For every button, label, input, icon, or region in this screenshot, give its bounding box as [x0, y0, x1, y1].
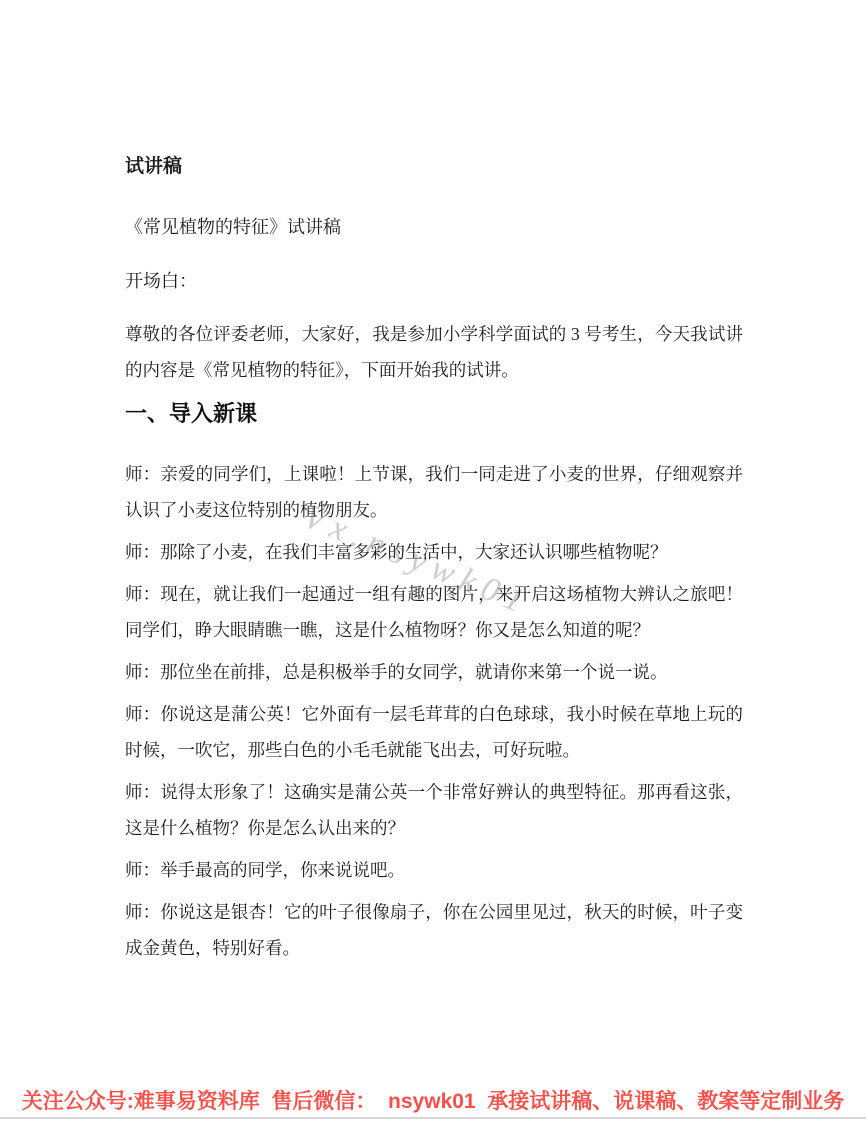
- document-content: 试讲稿 《常见植物的特征》试讲稿 开场白： 尊敬的各位评委老师，大家好，我是参加…: [125, 149, 743, 972]
- opening-label: 开场白：: [125, 263, 743, 299]
- teacher-line-1: 师：亲爱的同学们，上课啦！上节课，我们一同走进了小麦的世界，仔细观察并认识了小麦…: [125, 456, 743, 528]
- teacher-line-2: 师：那除了小麦，在我们丰富多彩的生活中，大家还认识哪些植物呢？: [125, 534, 743, 570]
- document-page: Vx.nsywk01 试讲稿 《常见植物的特征》试讲稿 开场白： 尊敬的各位评委…: [0, 0, 866, 1122]
- teacher-line-5: 师：你说这是蒲公英！它外面有一层毛茸茸的白色球球，我小时候在草地上玩的时候，一吹…: [125, 696, 743, 768]
- doc-title: 试讲稿: [125, 149, 743, 185]
- section-heading-lead-in: 一、导入新课: [125, 396, 743, 432]
- footer-divider-line: [0, 1117, 866, 1119]
- footer-banner: 关注公众号:难事易资料库 售后微信： nsywk01 承接试讲稿、说课稿、教案等…: [0, 1085, 866, 1115]
- teacher-line-6: 师：说得太形象了！这确实是蒲公英一个非常好辨认的典型特征。那再看这张，这是什么植…: [125, 774, 743, 846]
- doc-subtitle: 《常见植物的特征》试讲稿: [125, 209, 743, 245]
- teacher-line-7: 师：举手最高的同学，你来说说吧。: [125, 852, 743, 888]
- teacher-line-3: 师：现在，就让我们一起通过一组有趣的图片，来开启这场植物大辨认之旅吧！同学们，睁…: [125, 576, 743, 648]
- teacher-line-8: 师：你说这是银杏！它的叶子很像扇子，你在公园里见过，秋天的时候，叶子变成金黄色，…: [125, 894, 743, 966]
- opening-paragraph: 尊敬的各位评委老师，大家好，我是参加小学科学面试的 3 号考生，今天我试讲的内容…: [125, 316, 743, 388]
- teacher-line-4: 师：那位坐在前排，总是积极举手的女同学，就请你来第一个说一说。: [125, 654, 743, 690]
- footer-banner-text: 关注公众号:难事易资料库 售后微信： nsywk01 承接试讲稿、说课稿、教案等…: [22, 1085, 845, 1115]
